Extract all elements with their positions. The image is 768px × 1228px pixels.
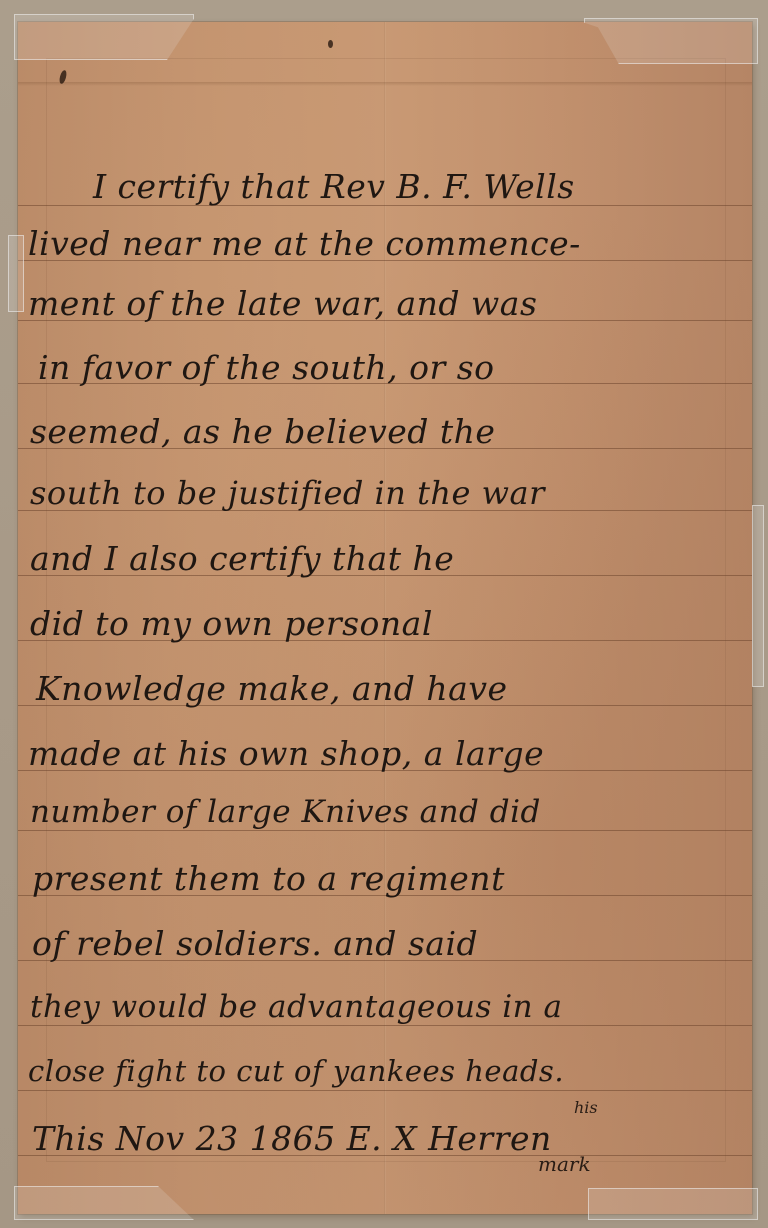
ruled-line [18, 1025, 752, 1026]
document-paper: I certify that Rev B. F. Wells lived nea… [18, 22, 752, 1214]
ruled-line [18, 1090, 752, 1091]
handwritten-line: ment of the late war, and was [28, 284, 762, 323]
handwritten-line: of rebel soldiers. and said [32, 924, 766, 963]
mount-corner-bottom-right [588, 1188, 758, 1220]
horizontal-fold [18, 82, 752, 86]
handwritten-line: in favor of the south, or so [38, 348, 768, 387]
mount-clip-left [8, 235, 24, 312]
handwritten-line: present them to a regiment [32, 859, 766, 898]
handwritten-line: number of large Knives and did [30, 794, 764, 830]
signature-mark-top: his [574, 1098, 598, 1117]
signature-line: This Nov 23 1865 E. X Herren [32, 1119, 766, 1158]
handwritten-line: seemed, as he believed the [30, 412, 764, 451]
handwritten-line: did to my own personal [30, 604, 764, 643]
handwritten-line: and I also certify that he [30, 539, 764, 578]
handwritten-line: I certify that Rev B. F. Wells [93, 167, 768, 206]
mount-clip-right [752, 505, 764, 687]
mount-corner-top-left [14, 14, 194, 60]
ink-spot [328, 40, 333, 48]
handwritten-line: lived near me at the commence- [28, 224, 762, 263]
handwritten-line: south to be justified in the war [30, 474, 764, 512]
handwritten-line: Knowledge make, and have [36, 669, 768, 708]
handwritten-line: made at his own shop, a large [28, 734, 762, 773]
handwritten-line: they would be advantageous in a [30, 989, 764, 1025]
handwritten-line: close fight to cut of yankees heads. [28, 1054, 762, 1088]
display-mat: I certify that Rev B. F. Wells lived nea… [0, 0, 768, 1228]
ruled-line [18, 830, 752, 831]
signature-mark-bottom: mark [538, 1152, 591, 1176]
